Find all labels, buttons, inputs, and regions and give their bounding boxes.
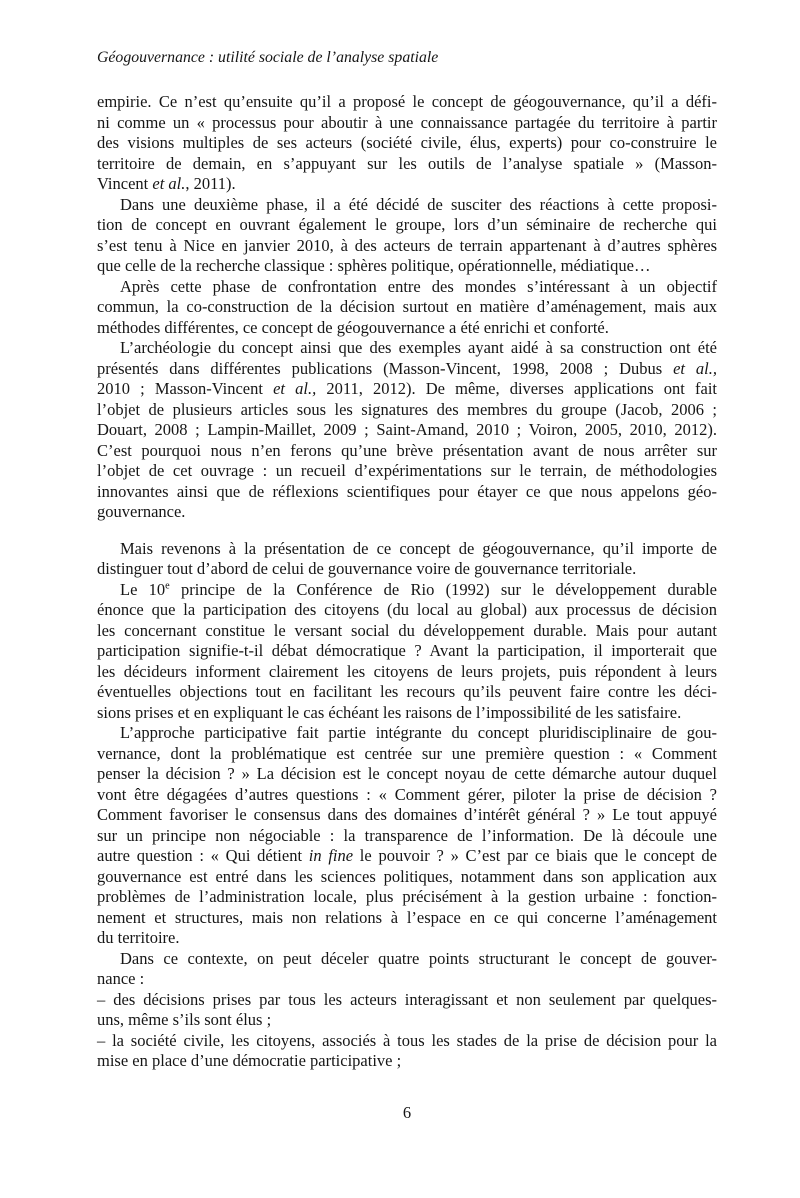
text-line: Le 10e principe de la Conférence de Rio … — [97, 580, 717, 601]
text-line: commun, la co-construction de la décisio… — [97, 297, 717, 318]
text-segment: méthodes différentes, ce concept de géog… — [97, 318, 609, 337]
text-segment: Mais revenons à la présentation de ce co… — [120, 539, 717, 558]
text-segment: – la société civile, les citoyens, assoc… — [97, 1031, 717, 1050]
text-line: les décideurs informent clairement les c… — [97, 662, 717, 683]
text-segment: Après cette phase de confrontation entre… — [120, 277, 717, 296]
text-segment: vont être dégagées d’autres questions : … — [97, 785, 717, 804]
text-segment: uns, même s’ils sont élus ; — [97, 1010, 271, 1029]
text-line: Dans une deuxième phase, il a été décidé… — [97, 195, 717, 216]
text-segment: participation signifie-t-il débat démocr… — [97, 641, 717, 660]
text-line: Douart, 2008 ; Lampin-Maillet, 2009 ; Sa… — [97, 420, 717, 441]
text-line: C’est pourquoi nous n’en ferons qu’une b… — [97, 441, 717, 462]
text-segment: sions prises et en expliquant le cas éch… — [97, 703, 681, 722]
text-segment: autre question : « Qui détient — [97, 846, 309, 865]
text-segment: énonce que la participation des citoyens… — [97, 600, 717, 619]
paragraph: Le 10e principe de la Conférence de Rio … — [97, 580, 717, 724]
text-segment: Dans une deuxième phase, il a été décidé… — [120, 195, 717, 214]
text-segment: l’objet de plusieurs articles sous les s… — [97, 400, 717, 419]
text-segment: le pouvoir ? » C’est par ce biais que le… — [353, 846, 717, 865]
text-line: problèmes de l’administration locale, pl… — [97, 887, 717, 908]
text-line: du territoire. — [97, 928, 717, 949]
text-segment: les décideurs informent clairement les c… — [97, 662, 717, 681]
text-line: Comment favoriser le consensus dans des … — [97, 805, 717, 826]
text-segment: nement et structures, mais non relations… — [97, 908, 717, 927]
text-segment: Dans ce contexte, on peut déceler quatre… — [120, 949, 717, 968]
text-segment: commun, la co-construction de la décisio… — [97, 297, 717, 316]
text-line: méthodes différentes, ce concept de géog… — [97, 318, 717, 339]
text-segment: sur un principe non négociable : la tran… — [97, 826, 717, 845]
text-line: penser la décision ? » La décision est l… — [97, 764, 717, 785]
text-segment: vernance, dont la problématique est cent… — [97, 744, 717, 763]
text-line: – des décisions prises par tous les acte… — [97, 990, 717, 1011]
text-line: tion de concept en ouvrant également le … — [97, 215, 717, 236]
text-line: Après cette phase de confrontation entre… — [97, 277, 717, 298]
text-line: Dans ce contexte, on peut déceler quatre… — [97, 949, 717, 970]
text-line: vont être dégagées d’autres questions : … — [97, 785, 717, 806]
text-segment: nance : — [97, 969, 144, 988]
text-segment: et al., — [273, 379, 316, 398]
text-segment: C’est pourquoi nous n’en ferons qu’une b… — [97, 441, 717, 460]
text-segment: gouvernance est entré dans les sciences … — [97, 867, 717, 886]
paragraph: Dans une deuxième phase, il a été décidé… — [97, 195, 717, 277]
text-segment: du territoire. — [97, 928, 179, 947]
text-segment: éventuelles objections tout en facilitan… — [97, 682, 717, 701]
text-segment: territoire de demain, en s’appuyant sur … — [97, 154, 717, 173]
text-segment: 2011, 2012). De même, diverses applicati… — [316, 379, 717, 398]
text-line: innovantes ainsi que de réflexions scien… — [97, 482, 717, 503]
text-line: énonce que la participation des citoyens… — [97, 600, 717, 621]
text-line: s’est tenu à Nice en janvier 2010, à des… — [97, 236, 717, 257]
text-segment: et al., — [673, 359, 717, 378]
document-page: Géogouvernance : utilité sociale de l’an… — [0, 0, 800, 1198]
paragraph: – la société civile, les citoyens, assoc… — [97, 1031, 717, 1072]
text-line: distinguer tout d’abord de celui de gouv… — [97, 559, 717, 580]
text-segment: in fine — [309, 846, 353, 865]
text-segment: – des décisions prises par tous les acte… — [97, 990, 717, 1009]
text-line: que celle de la recherche classique : sp… — [97, 256, 717, 277]
text-segment: que celle de la recherche classique : sp… — [97, 256, 650, 275]
text-line: L’approche participative fait partie int… — [97, 723, 717, 744]
text-segment: Vincent — [97, 174, 152, 193]
text-segment: L’approche participative fait partie int… — [120, 723, 717, 742]
text-line: empirie. Ce n’est qu’ensuite qu’il a pro… — [97, 92, 717, 113]
text-line: nement et structures, mais non relations… — [97, 908, 717, 929]
text-segment: l’objet de cet ouvrage : un recueil d’ex… — [97, 461, 717, 480]
paragraph: L’approche participative fait partie int… — [97, 723, 717, 949]
text-segment: Comment favoriser le consensus dans des … — [97, 805, 717, 824]
text-line: ni comme un « processus pour aboutir à u… — [97, 113, 717, 134]
text-segment: 2010 ; Masson-Vincent — [97, 379, 273, 398]
text-segment: les concernant constitue le versant soci… — [97, 621, 717, 640]
text-line: Vincent et al., 2011). — [97, 174, 717, 195]
text-segment: distinguer tout d’abord de celui de gouv… — [97, 559, 636, 578]
text-line: l’objet de plusieurs articles sous les s… — [97, 400, 717, 421]
text-segment: principe de la Conférence de Rio (1992) … — [170, 580, 717, 599]
text-segment: tion de concept en ouvrant également le … — [97, 215, 717, 234]
text-segment: problèmes de l’administration locale, pl… — [97, 887, 717, 906]
text-line: des visions multiples de ses acteurs (so… — [97, 133, 717, 154]
text-line: L’archéologie du concept ainsi que des e… — [97, 338, 717, 359]
text-segment: ni comme un « processus pour aboutir à u… — [97, 113, 717, 132]
paragraph: – des décisions prises par tous les acte… — [97, 990, 717, 1031]
text-line: éventuelles objections tout en facilitan… — [97, 682, 717, 703]
paragraph: Dans ce contexte, on peut déceler quatre… — [97, 949, 717, 990]
text-segment: Douart, 2008 ; Lampin-Maillet, 2009 ; Sa… — [97, 420, 717, 439]
text-line: uns, même s’ils sont élus ; — [97, 1010, 717, 1031]
text-segment: des visions multiples de ses acteurs (so… — [97, 133, 717, 152]
text-segment: L’archéologie du concept ainsi que des e… — [120, 338, 717, 357]
text-line: présentés dans différentes publications … — [97, 359, 717, 380]
text-line: 2010 ; Masson-Vincent et al., 2011, 2012… — [97, 379, 717, 400]
text-line: territoire de demain, en s’appuyant sur … — [97, 154, 717, 175]
text-segment: empirie. Ce n’est qu’ensuite qu’il a pro… — [97, 92, 717, 111]
text-segment: Le 10 — [120, 580, 165, 599]
running-header: Géogouvernance : utilité sociale de l’an… — [97, 48, 717, 68]
page-body: empirie. Ce n’est qu’ensuite qu’il a pro… — [97, 92, 717, 1072]
text-segment: , 2011). — [185, 174, 235, 193]
text-segment: et al. — [152, 174, 185, 193]
text-line: l’objet de cet ouvrage : un recueil d’ex… — [97, 461, 717, 482]
text-line: gouvernance est entré dans les sciences … — [97, 867, 717, 888]
text-segment: innovantes ainsi que de réflexions scien… — [97, 482, 717, 501]
text-line: mise en place d’une démocratie participa… — [97, 1051, 717, 1072]
paragraph: empirie. Ce n’est qu’ensuite qu’il a pro… — [97, 92, 717, 195]
text-line: autre question : « Qui détient in fine l… — [97, 846, 717, 867]
page-number: 6 — [97, 1103, 717, 1124]
paragraph: L’archéologie du concept ainsi que des e… — [97, 338, 717, 523]
text-line: nance : — [97, 969, 717, 990]
text-line: les concernant constitue le versant soci… — [97, 621, 717, 642]
text-line: sions prises et en expliquant le cas éch… — [97, 703, 717, 724]
text-line: participation signifie-t-il débat démocr… — [97, 641, 717, 662]
text-line: sur un principe non négociable : la tran… — [97, 826, 717, 847]
paragraph: Après cette phase de confrontation entre… — [97, 277, 717, 339]
text-segment: s’est tenu à Nice en janvier 2010, à des… — [97, 236, 717, 255]
text-segment: mise en place d’une démocratie participa… — [97, 1051, 401, 1070]
text-line: – la société civile, les citoyens, assoc… — [97, 1031, 717, 1052]
paragraph: Mais revenons à la présentation de ce co… — [97, 539, 717, 580]
text-segment: penser la décision ? » La décision est l… — [97, 764, 717, 783]
text-line: gouvernance. — [97, 502, 717, 523]
text-segment: présentés dans différentes publications … — [97, 359, 673, 378]
text-line: Mais revenons à la présentation de ce co… — [97, 539, 717, 560]
text-segment: gouvernance. — [97, 502, 185, 521]
text-line: vernance, dont la problématique est cent… — [97, 744, 717, 765]
